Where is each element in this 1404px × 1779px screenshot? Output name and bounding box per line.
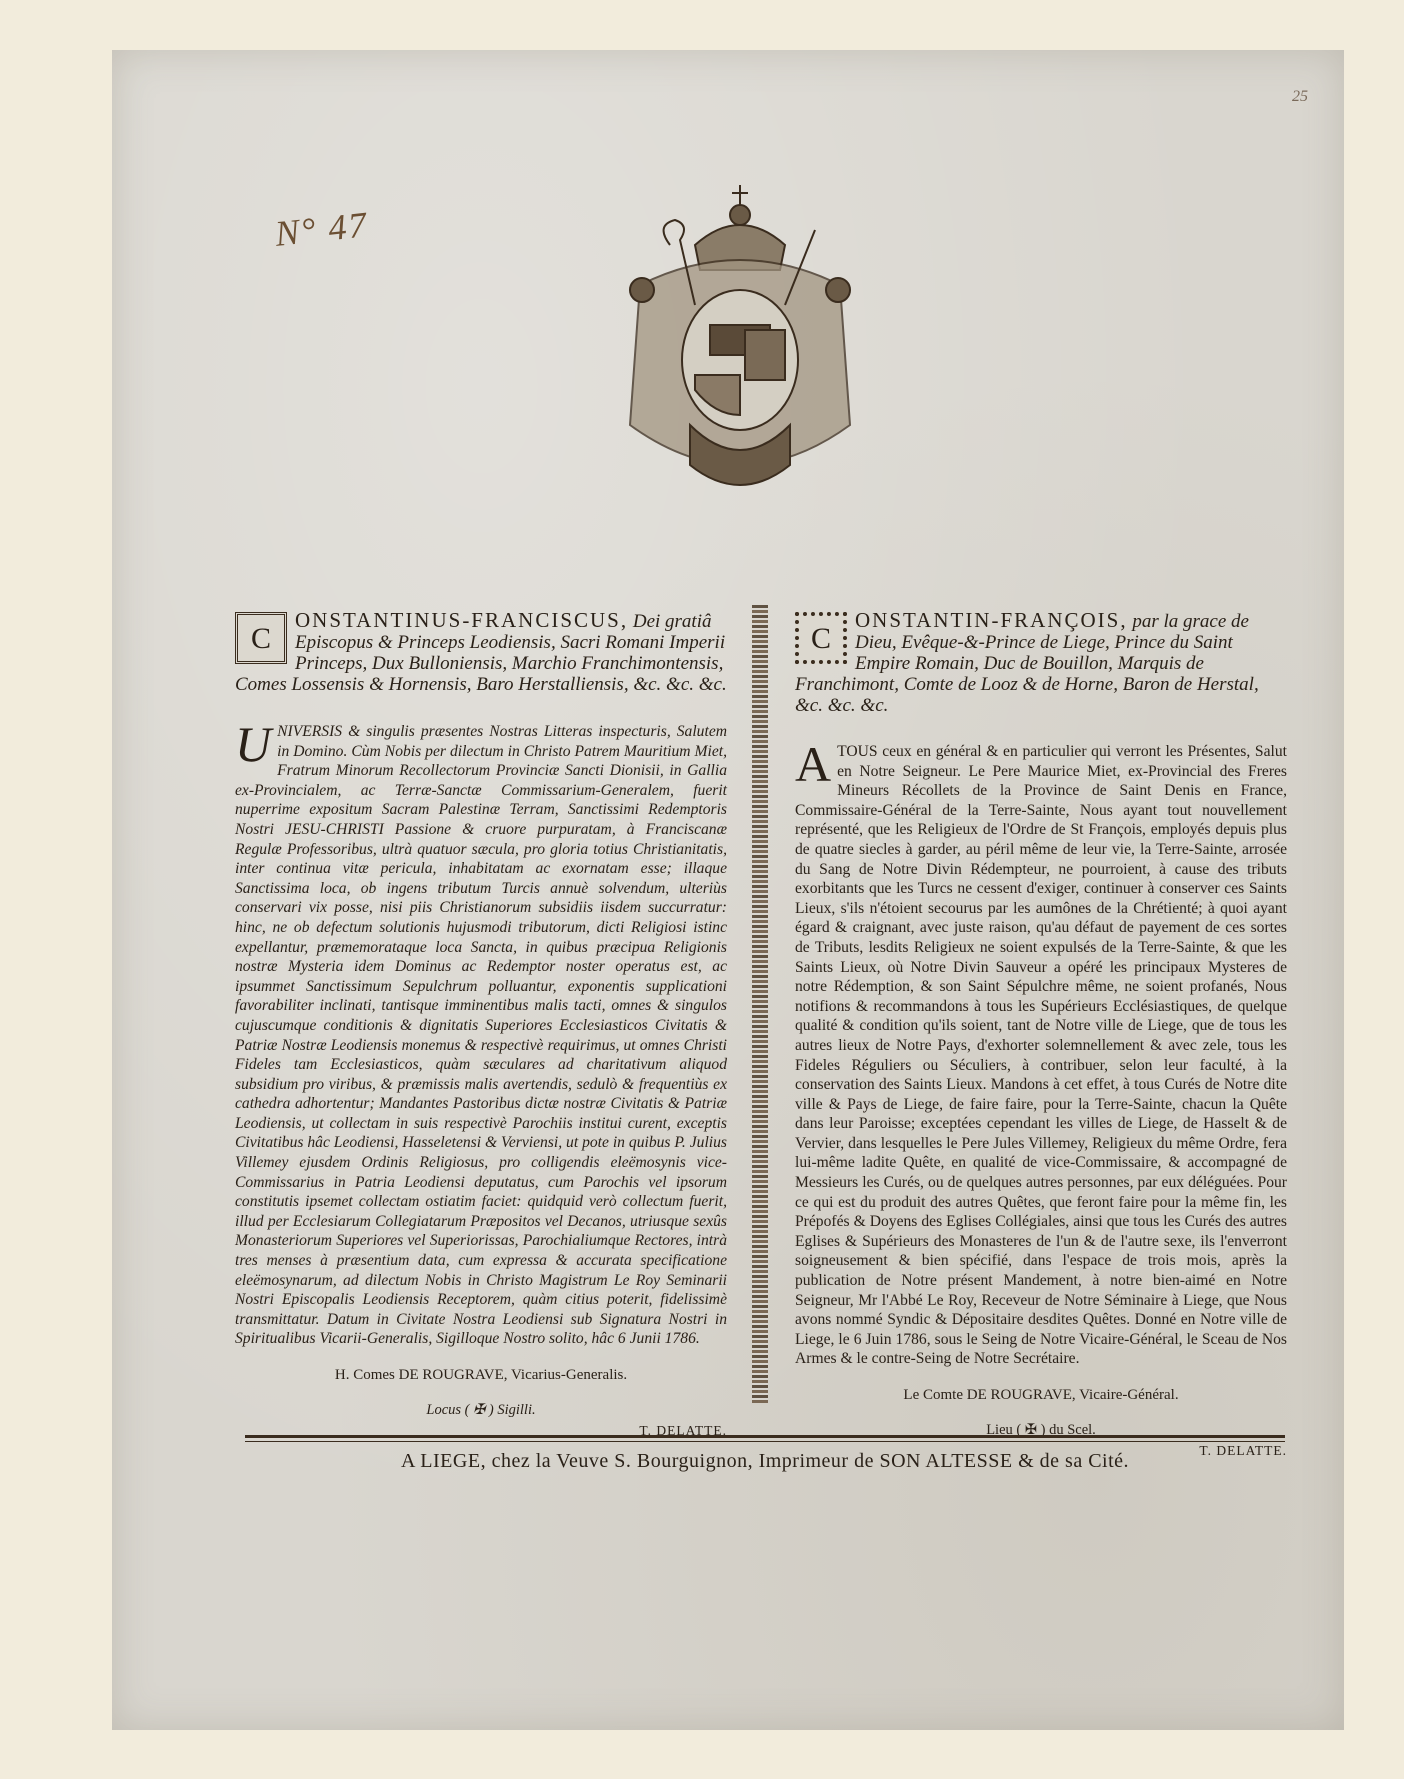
printer-imprint: A LIEGE, chez la Veuve S. Bourguignon, I… bbox=[245, 1450, 1285, 1473]
latin-seal-place: Locus ( ✠ ) Sigilli. bbox=[235, 1402, 727, 1419]
french-body: A TOUS ceux en général & en particulier … bbox=[795, 742, 1287, 1369]
latin-body-initial: U bbox=[235, 724, 271, 764]
french-body-initial: A bbox=[795, 744, 831, 784]
latin-body: U NIVERSIS & singulis præsentes Nostras … bbox=[235, 722, 727, 1349]
imprint-rule-thin bbox=[245, 1441, 1285, 1442]
french-signature: Le Comte DE ROUGRAVE, Vicaire-Général. bbox=[795, 1387, 1287, 1404]
latin-heading-caps: ONSTANTINUS-FRANCISCUS, bbox=[295, 608, 628, 632]
ornamental-column-divider bbox=[752, 605, 768, 1403]
french-heading-caps: ONSTANTIN-FRANÇOIS, bbox=[855, 608, 1128, 632]
latin-dropcap: C bbox=[235, 612, 287, 664]
french-dropcap: C bbox=[795, 612, 847, 664]
coat-of-arms-icon bbox=[600, 175, 880, 525]
archival-mount: 25 N° 47 bbox=[0, 0, 1404, 1779]
french-heading: C ONSTANTIN-FRANÇOIS, par la grace de Di… bbox=[795, 610, 1287, 716]
french-body-text: TOUS ceux en général & en particulier qu… bbox=[795, 743, 1287, 1367]
french-column: C ONSTANTIN-FRANÇOIS, par la grace de Di… bbox=[795, 610, 1287, 1459]
latin-body-text: NIVERSIS & singulis præsentes Nostras Li… bbox=[235, 723, 727, 1347]
latin-signature: H. Comes DE ROUGRAVE, Vicarius-Generalis… bbox=[235, 1367, 727, 1384]
imprint-rule bbox=[245, 1435, 1285, 1438]
folio-number: 25 bbox=[1292, 88, 1308, 106]
latin-heading: C ONSTANTINUS-FRANCISCUS, Dei gratiâ Epi… bbox=[235, 610, 727, 696]
latin-column: C ONSTANTINUS-FRANCISCUS, Dei gratiâ Epi… bbox=[235, 610, 727, 1439]
